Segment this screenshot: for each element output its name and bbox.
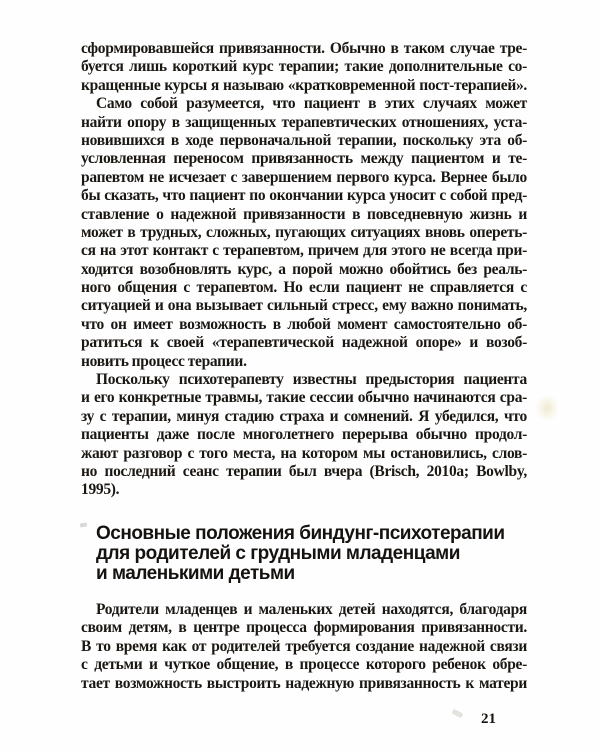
paragraph: Поскольку психотерапевту известны предыс… (81, 371, 527, 500)
body-line: Родители младенцев и маленьких детей нах… (81, 601, 527, 619)
body-line: кращенные курсы я называю «кратковременн… (81, 77, 527, 95)
scan-speck (80, 523, 87, 528)
body-line: что он имеет возможность в любой момент … (81, 316, 527, 334)
body-line: зу с терапии, минуя стадию страха и сомн… (81, 408, 527, 426)
heading-line: для родителей с грудными младенцами (96, 544, 536, 564)
body-line: может в трудных, сложных, пугающих ситуа… (81, 224, 527, 242)
body-line: сформировавшейся привязанности. Обычно в… (81, 40, 527, 58)
paragraph-continuation: сформировавшейся привязанности. Обычно в… (81, 40, 527, 95)
body-line: 1995). (81, 481, 527, 499)
paragraph: Родители младенцев и маленьких детей нах… (81, 601, 527, 693)
body-line: ного общения с терапевтом. Но если пацие… (81, 279, 527, 297)
body-line: найти опору в защищенных терапевтических… (81, 114, 527, 132)
body-line: ходится возобновлять курс, а порой можно… (81, 261, 527, 279)
body-line: и его конкретные травмы, такие сессии об… (81, 389, 527, 407)
body-line: но последний сеанс терапии был вчера (Br… (81, 463, 527, 481)
body-line: Поскольку психотерапевту известны предыс… (81, 371, 527, 389)
body-line: Само собой разумеется, что пациент в эти… (81, 95, 527, 113)
scan-smudge (535, 394, 559, 422)
body-text-block: сформировавшейся привязанности. Обычно в… (81, 40, 527, 500)
body-line: рапевтом не исчезает с завершением перво… (81, 169, 527, 187)
body-line: условленная переносом привязанность межд… (81, 150, 527, 168)
body-line: ситуацией и она вызывает сильный стресс,… (81, 297, 527, 315)
body-line: своим детям, в центре процесса формирова… (81, 619, 527, 637)
paragraph: Само собой разумеется, что пациент в эти… (81, 95, 527, 371)
body-line: пациенты даже после многолетнего перерыв… (81, 426, 527, 444)
page-number: 21 (436, 710, 496, 728)
body-line: ставление о надежной привязанности в пов… (81, 206, 527, 224)
body-line: бы сказать, что пациент по окончании кур… (81, 187, 527, 205)
section-heading: Основные положения биндунг-психотерапии … (96, 524, 536, 584)
body-line: жают разговор с того места, на котором м… (81, 445, 527, 463)
body-line: новить процесс терапии. (81, 353, 527, 371)
body-line: новившихся в ходе первоначальной терапии… (81, 132, 527, 150)
body-line: ратиться к своей «терапевтической надежн… (81, 334, 527, 352)
body-text-block-after-heading: Родители младенцев и маленьких детей нах… (81, 601, 527, 693)
body-line: тает возможность выстроить надежную прив… (81, 675, 527, 693)
heading-line: и маленькими детьми (96, 564, 536, 584)
body-line: ся на этот контакт с терапевтом, причем … (81, 242, 527, 260)
body-line: В то время как от родителей требуется со… (81, 638, 527, 656)
heading-line: Основные положения биндунг-психотерапии (96, 524, 536, 544)
body-line: с детьми и чуткое общение, в процессе ко… (81, 656, 527, 674)
body-line: буется лишь короткий курс терапии; такие… (81, 58, 527, 76)
book-page: сформировавшейся привязанности. Обычно в… (0, 0, 600, 750)
